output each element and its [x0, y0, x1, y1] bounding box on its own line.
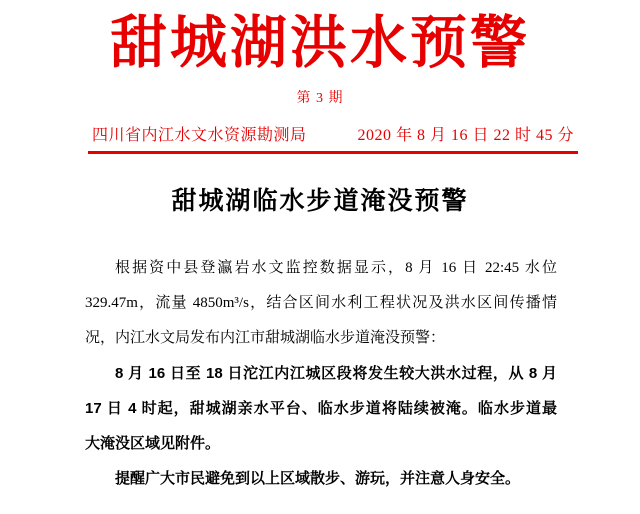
header-rule-divider: [88, 151, 578, 154]
body-line: 大淹没区域见附件。: [85, 426, 557, 461]
masthead-title: 甜城湖洪水预警: [0, 0, 640, 76]
body-line: 提醒广大市民避免到以上区域散步、游玩，并注意人身安全。: [85, 461, 557, 496]
body-line: 根据资中县登瀛岩水文监控数据显示，8 月 16 日 22:45 水位: [85, 251, 557, 286]
issue-number: 第 3 期: [0, 90, 640, 108]
paragraph-situation: 根据资中县登瀛岩水文监控数据显示，8 月 16 日 22:45 水位 329.4…: [85, 251, 557, 356]
paragraph-warning: 8 月 16 日至 18 日沱江内江城区段将发生较大洪水过程，从 8 月 17 …: [85, 356, 557, 461]
body-line: 8 月 16 日至 18 日沱江内江城区段将发生较大洪水过程，从 8 月: [85, 356, 557, 391]
agency-name: 四川省内江水文水资源勘测局: [92, 126, 307, 146]
paragraph-advisory: 提醒广大市民避免到以上区域散步、游玩，并注意人身安全。: [85, 461, 557, 496]
document-meta-row: 四川省内江水文水资源勘测局 2020 年 8 月 16 日 22 时 45 分: [92, 126, 574, 146]
body-line: 17 日 4 时起，甜城湖亲水平台、临水步道将陆续被淹。临水步道最: [85, 391, 557, 426]
flood-warning-document: 甜城湖洪水预警 第 3 期 四川省内江水文水资源勘测局 2020 年 8 月 1…: [0, 0, 640, 514]
body-line: 329.47m，流量 4850m³/s，结合区间水利工程状况及洪水区间传播情: [85, 286, 557, 321]
body-line: 况，内江水文局发布内江市甜城湖临水步道淹没预警：: [85, 321, 557, 356]
document-body: 根据资中县登瀛岩水文监控数据显示，8 月 16 日 22:45 水位 329.4…: [85, 251, 557, 496]
document-title: 甜城湖临水步道淹没预警: [0, 185, 640, 218]
issue-datetime: 2020 年 8 月 16 日 22 时 45 分: [357, 126, 574, 146]
